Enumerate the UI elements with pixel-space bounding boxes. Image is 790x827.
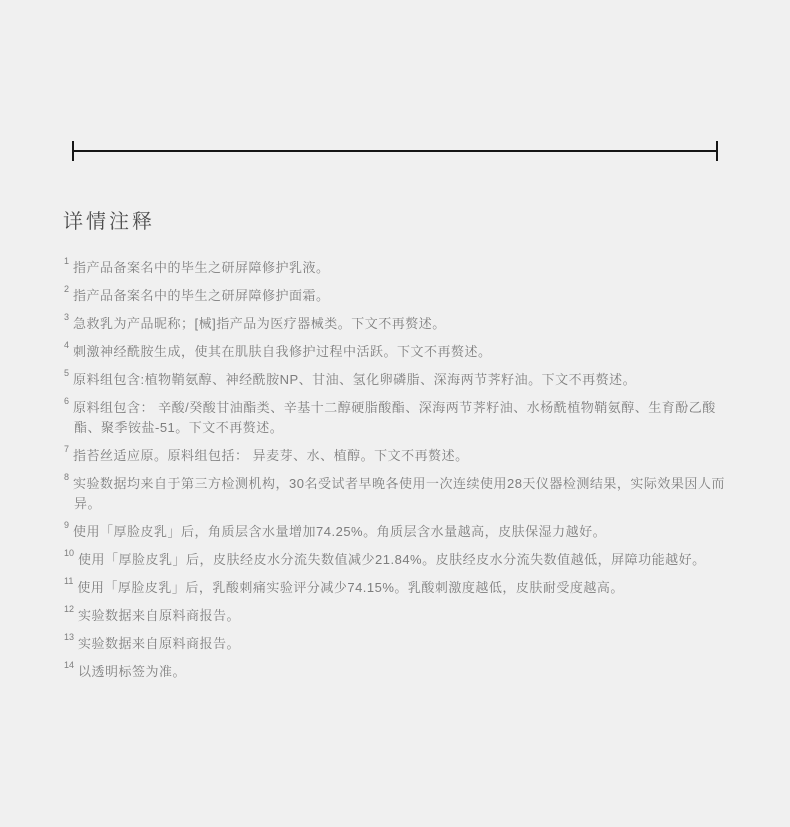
footnote-item: 10使用「厚脸皮乳」后，皮肤经皮水分流失数值减少21.84%。皮肤经皮水分流失数… — [64, 550, 726, 570]
footnote-number: 2 — [64, 284, 69, 294]
footnote-item: 14以透明标签为准。 — [64, 662, 726, 682]
footnote-number: 10 — [64, 548, 74, 558]
footnote-number: 6 — [64, 396, 69, 406]
footnote-text: 实验数据来自原料商报告。 — [78, 608, 240, 623]
footnote-item: 8实验数据均来自于第三方检测机构，30名受试者早晚各使用一次连续使用28天仪器检… — [64, 474, 726, 514]
footnote-text: 原料组包含:植物鞘氨醇、神经酰胺NP、甘油、氢化卵磷脂、深海两节荠籽油。下文不再… — [73, 372, 636, 387]
footnote-item: 9使用「厚脸皮乳」后，角质层含水量增加74.25%。角质层含水量越高，皮肤保湿力… — [64, 522, 726, 542]
footnote-number: 7 — [64, 444, 69, 454]
footnote-item: 11使用「厚脸皮乳」后，乳酸刺痛实验评分减少74.15%。乳酸刺激度越低，皮肤耐… — [64, 578, 726, 598]
footnote-item: 4刺激神经酰胺生成，使其在肌肤自我修护过程中活跃。下文不再赘述。 — [64, 342, 726, 362]
footnote-text: 实验数据来自原料商报告。 — [78, 636, 240, 651]
footnote-number: 5 — [64, 368, 69, 378]
footnote-text: 实验数据均来自于第三方检测机构，30名受试者早晚各使用一次连续使用28天仪器检测… — [73, 476, 725, 511]
footnote-number: 3 — [64, 312, 69, 322]
footnote-item: 13实验数据来自原料商报告。 — [64, 634, 726, 654]
footnotes-list: 1指产品备案名中的毕生之研屏障修护乳液。2指产品备案名中的毕生之研屏障修护面霜。… — [64, 258, 726, 690]
footnote-text: 指产品备案名中的毕生之研屏障修护乳液。 — [73, 260, 330, 275]
footnote-item: 2指产品备案名中的毕生之研屏障修护面霜。 — [64, 286, 726, 306]
footnote-number: 12 — [64, 604, 74, 614]
footnote-text: 指产品备案名中的毕生之研屏障修护面霜。 — [73, 288, 330, 303]
footnote-number: 14 — [64, 660, 74, 670]
footnote-number: 13 — [64, 632, 74, 642]
footnote-number: 9 — [64, 520, 69, 530]
footnote-item: 7指苔丝适应原。原料组包括： 异麦芽、水、植醇。下文不再赘述。 — [64, 446, 726, 466]
footnote-text: 使用「厚脸皮乳」后，皮肤经皮水分流失数值减少21.84%。皮肤经皮水分流失数值越… — [78, 552, 706, 567]
footnote-text: 使用「厚脸皮乳」后，乳酸刺痛实验评分减少74.15%。乳酸刺激度越低，皮肤耐受度… — [77, 580, 624, 595]
divider-right-cap — [716, 141, 718, 161]
section-title: 详情注释 — [63, 210, 155, 234]
footnote-text: 指苔丝适应原。原料组包括： 异麦芽、水、植醇。下文不再赘述。 — [73, 448, 469, 463]
footnote-text: 使用「厚脸皮乳」后，角质层含水量增加74.25%。角质层含水量越高，皮肤保湿力越… — [73, 524, 606, 539]
footnote-text: 原料组包含： 辛酸/癸酸甘油酯类、辛基十二醇硬脂酸酯、深海两节荠籽油、水杨酰植物… — [73, 400, 716, 435]
footnote-text: 刺激神经酰胺生成，使其在肌肤自我修护过程中活跃。下文不再赘述。 — [73, 344, 492, 359]
footnote-text: 以透明标签为准。 — [78, 664, 186, 679]
footnote-item: 3急救乳为产品昵称；[械]指产品为医疗器械类。下文不再赘述。 — [64, 314, 726, 334]
divider-rule — [72, 150, 718, 152]
footnote-item: 5原料组包含:植物鞘氨醇、神经酰胺NP、甘油、氢化卵磷脂、深海两节荠籽油。下文不… — [64, 370, 726, 390]
footnote-item: 12实验数据来自原料商报告。 — [64, 606, 726, 626]
footnote-item: 6原料组包含： 辛酸/癸酸甘油酯类、辛基十二醇硬脂酸酯、深海两节荠籽油、水杨酰植… — [64, 398, 726, 438]
footnote-number: 1 — [64, 256, 69, 266]
detail-notes-section: 详情注释 1指产品备案名中的毕生之研屏障修护乳液。2指产品备案名中的毕生之研屏障… — [0, 0, 790, 827]
divider-left-cap — [72, 141, 74, 161]
footnote-number: 11 — [64, 576, 73, 586]
footnote-text: 急救乳为产品昵称；[械]指产品为医疗器械类。下文不再赘述。 — [73, 316, 446, 331]
footnote-number: 4 — [64, 340, 69, 350]
footnote-item: 1指产品备案名中的毕生之研屏障修护乳液。 — [64, 258, 726, 278]
footnote-number: 8 — [64, 472, 69, 482]
